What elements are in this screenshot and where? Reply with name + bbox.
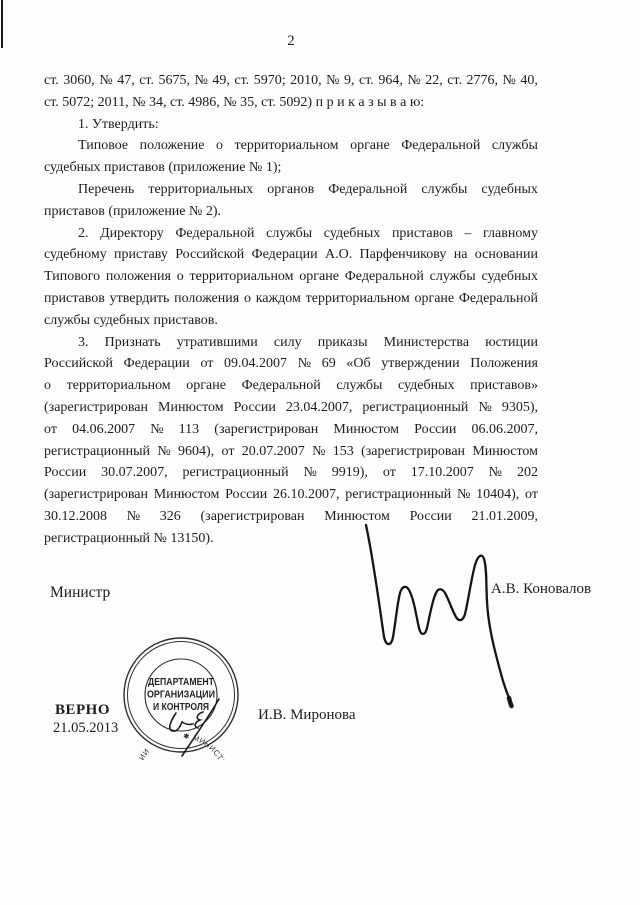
page-number: 2 [44,33,538,50]
body-line: 3.ПризнатьутратившимисилуприказыМинистер… [44,332,538,354]
body-line: РоссийскойФедерацииот09.04.2007№69«Обутв… [44,353,538,375]
stamp-center-line-2: ОРГАНИЗАЦИИ [147,690,215,701]
body-line: регистрационный№9604),от20.07.2007№153(з… [44,441,538,463]
body-line: 30.12.2008№326(зарегистрированМинюстомРо… [44,506,538,528]
body-line: приставовутвердитьположенияокаждомтеррит… [44,288,538,310]
body-line: отерриториальноморганеФедеральнойслужбыс… [44,375,538,397]
stamp-center-line-1: ДЕПАРТАМЕНТ [148,677,214,688]
certifier-name: И.В. Миронова [258,707,356,724]
verno-label: ВЕРНО [55,702,110,719]
minister-title-label: Министр [50,584,110,602]
body-line: 2.ДиректоруФедеральнойслужбысудебныхприс… [44,223,538,245]
body-line: ТиповоеположениеотерриториальноморганеФе… [44,135,538,157]
body-line: службы судебных приставов. [44,310,538,332]
ministry-stamp: ✱ МИНИСТЕРСТВО ЮСТИЦИИ РОССИЙСКОЙ ФЕДЕРА… [116,630,246,760]
body-line: ст. 5072; 2011, № 34, ст. 4986, № 35, ст… [44,92,538,114]
body-line: регистрационный № 13150). [44,528,538,550]
body-line: от04.06.2007№113(зарегистрированМинюстом… [44,419,538,441]
body-line: приставов (приложение № 2). [44,201,538,223]
body-line: ПереченьтерриториальныхоргановФедерально… [44,179,538,201]
stamp-center-line-3: И КОНТРОЛЯ [153,702,209,713]
certification-date: 21.05.2013 [53,720,118,737]
body-line: судебных приставов (приложение № 1); [44,157,538,179]
minister-name: А.В. Коновалов [491,581,591,598]
body-line: России30.07.2007,регистрационный№9919),о… [44,462,538,484]
document-body: ст.3060,№47,ст.5675,№49,ст.5970;2010,№9,… [44,70,538,550]
body-line: (зарегистрированМинюстомРоссии26.10.2007… [44,484,538,506]
document-page: 2 ст.3060,№47,ст.5675,№49,ст.5970;2010,№… [0,0,640,905]
body-line: (зарегистрированМинюстомРоссии23.04.2007… [44,397,538,419]
body-line: 1. Утвердить: [44,114,538,136]
body-line: ТиповогоположенияотерриториальноморганеФ… [44,266,538,288]
body-line: ст.3060,№47,ст.5675,№49,ст.5970;2010,№9,… [44,70,538,92]
scan-edge-artifact [1,0,3,48]
body-line: судебномуприставуРоссийскойФедерацииА.О.… [44,244,538,266]
